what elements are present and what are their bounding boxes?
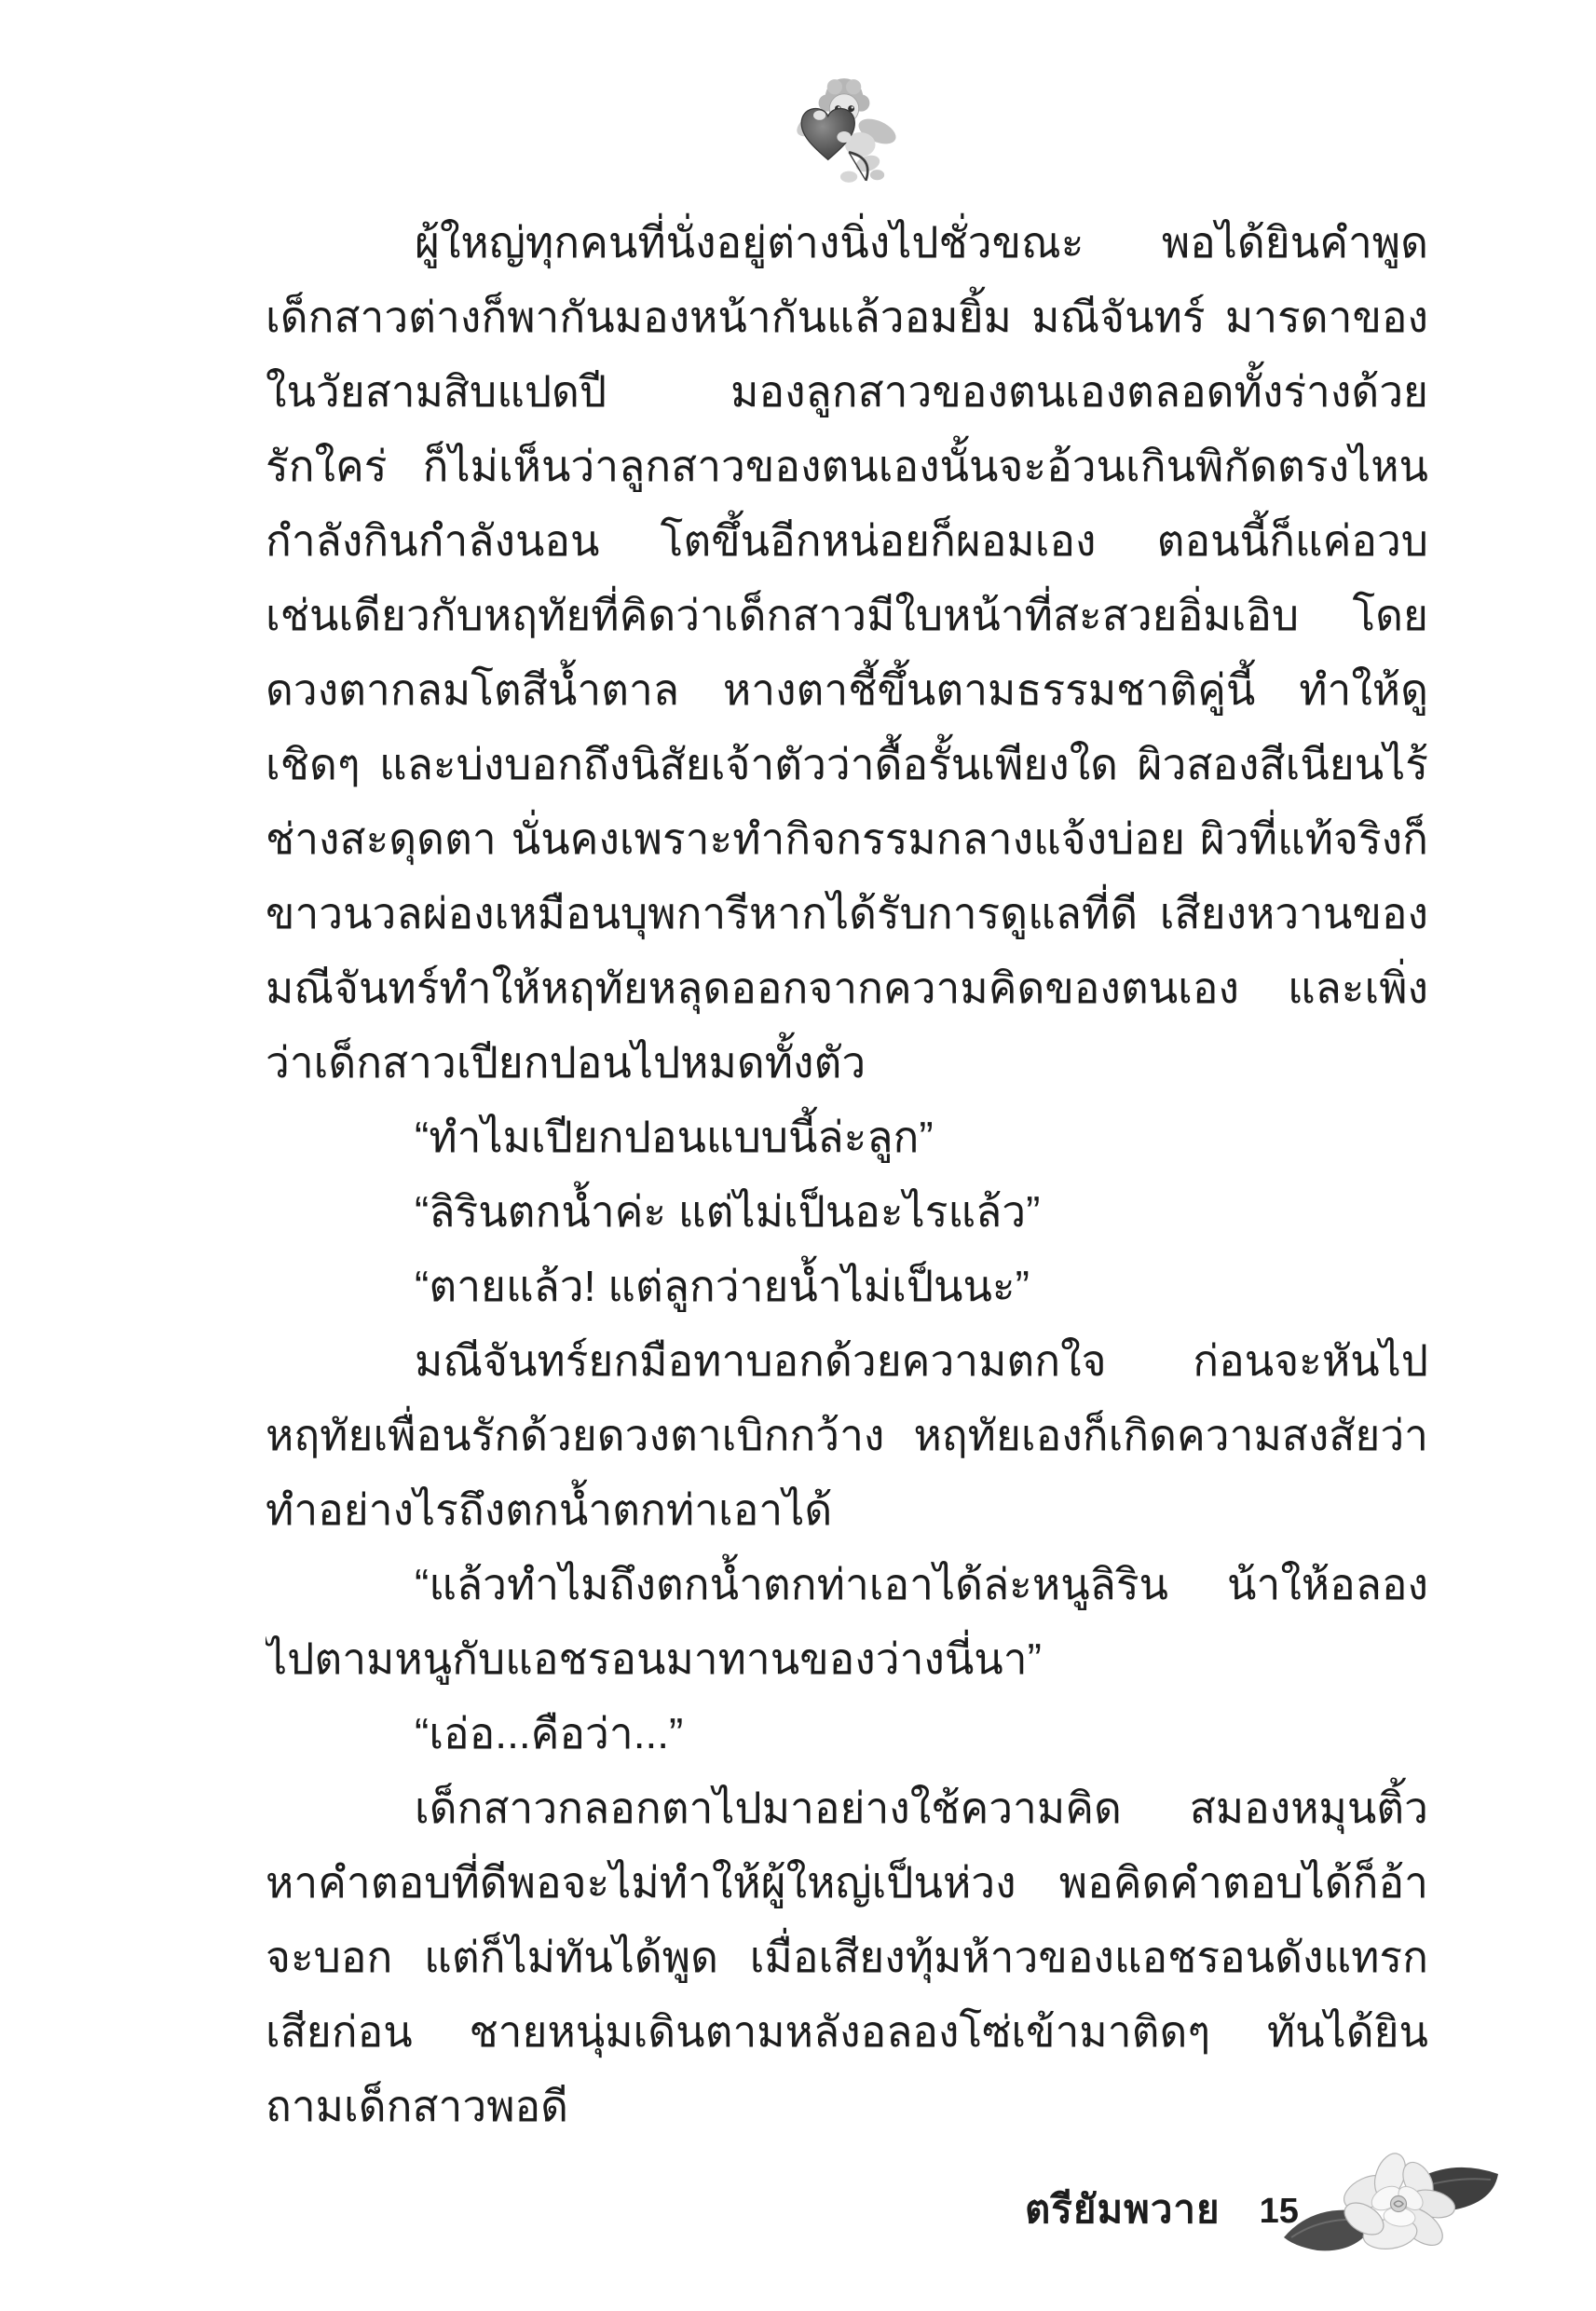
- text-line: ดวงตากลมโตสีน้ำตาล หางตาชี้ขึ้นตามธรรมชา…: [266, 652, 1428, 727]
- text-line: เด็กสาวกลอกตาไปมาอย่างใช้ความคิด สมองหมุ…: [266, 1771, 1428, 1845]
- cupid-heart-icon: [792, 71, 896, 194]
- text-line: กำลังกินกำลังนอน โตขึ้นอีกหน่อยก็ผอมเอง …: [266, 503, 1428, 578]
- gardenia-flower-icon: [1269, 2130, 1511, 2279]
- page-footer: ตรียัมพวาย 15: [1025, 2179, 1299, 2240]
- dialogue-line: “แล้วทำไมถึงตกน้ำตกท่าเอาได้ล่ะหนูลิริน …: [266, 1547, 1428, 1621]
- text-line: หฤทัยเพื่อนรักด้วยดวงตาเบิกกว้าง หฤทัยเอ…: [266, 1398, 1428, 1472]
- text-line: ในวัยสามสิบแปดปี มองลูกสาวของตนเองตลอดทั…: [266, 354, 1428, 429]
- text-line: มณีจันทร์ทำให้หฤทัยหลุดออกจากความคิดของต…: [266, 950, 1428, 1025]
- page-text: ผู้ใหญ่ทุกคนที่นั่งอยู่ต่างนิ่งไปชั่วขณะ…: [266, 205, 1428, 2143]
- text-line: ว่าเด็กสาวเปียกปอนไปหมดทั้งตัว: [266, 1025, 1428, 1100]
- text-line: หาคำตอบที่ดีพอจะไม่ทำให้ผู้ใหญ่เป็นห่วง …: [266, 1845, 1428, 1920]
- text-line: เช่นเดียวกับหฤทัยที่คิดว่าเด็กสาวมีใบหน้…: [266, 578, 1428, 652]
- dialogue-line: ไปตามหนูกับแอชรอนมาทานของว่างนี่นา”: [266, 1621, 1428, 1696]
- text-line: รักใคร่ ก็ไม่เห็นว่าลูกสาวของตนเองนั้นจะ…: [266, 429, 1428, 503]
- text-line: มณีจันทร์ยกมือทาบอกด้วยความตกใจ ก่อนจะหั…: [266, 1323, 1428, 1398]
- text-line: ทำอย่างไรถึงตกน้ำตกท่าเอาได้: [266, 1472, 1428, 1547]
- text-line: ถามเด็กสาวพอดี: [266, 2069, 1428, 2143]
- text-line: ผู้ใหญ่ทุกคนที่นั่งอยู่ต่างนิ่งไปชั่วขณะ…: [266, 205, 1428, 280]
- book-page: ผู้ใหญ่ทุกคนที่นั่งอยู่ต่างนิ่งไปชั่วขณะ…: [0, 0, 1596, 2311]
- text-line: เสียก่อน ชายหนุ่มเดินตามหลังอลองโซ่เข้าม…: [266, 1994, 1428, 2069]
- text-line: เด็กสาวต่างก็พากันมองหน้ากันแล้วอมยิ้ม ม…: [266, 280, 1428, 354]
- dialogue-line: “เอ่อ...คือว่า...”: [266, 1696, 1428, 1771]
- dialogue-line: “ตายแล้ว! แต่ลูกว่ายน้ำไม่เป็นนะ”: [266, 1249, 1428, 1323]
- text-line: จะบอก แต่ก็ไม่ทันได้พูด เมื่อเสียงทุ้มห้…: [266, 1920, 1428, 1994]
- text-line: ช่างสะดุดตา นั่นคงเพราะทำกิจกรรมกลางแจ้ง…: [266, 801, 1428, 876]
- book-title: ตรียัมพวาย: [1025, 2179, 1221, 2240]
- text-line: เชิดๆ และบ่งบอกถึงนิสัยเจ้าตัวว่าดื้อรั้…: [266, 727, 1428, 801]
- dialogue-line: “ทำไมเปียกปอนแบบนี้ล่ะลูก”: [266, 1100, 1428, 1174]
- text-line: ขาวนวลผ่องเหมือนบุพการีหากได้รับการดูแลท…: [266, 876, 1428, 950]
- dialogue-line: “ลิรินตกน้ำค่ะ แต่ไม่เป็นอะไรแล้ว”: [266, 1174, 1428, 1249]
